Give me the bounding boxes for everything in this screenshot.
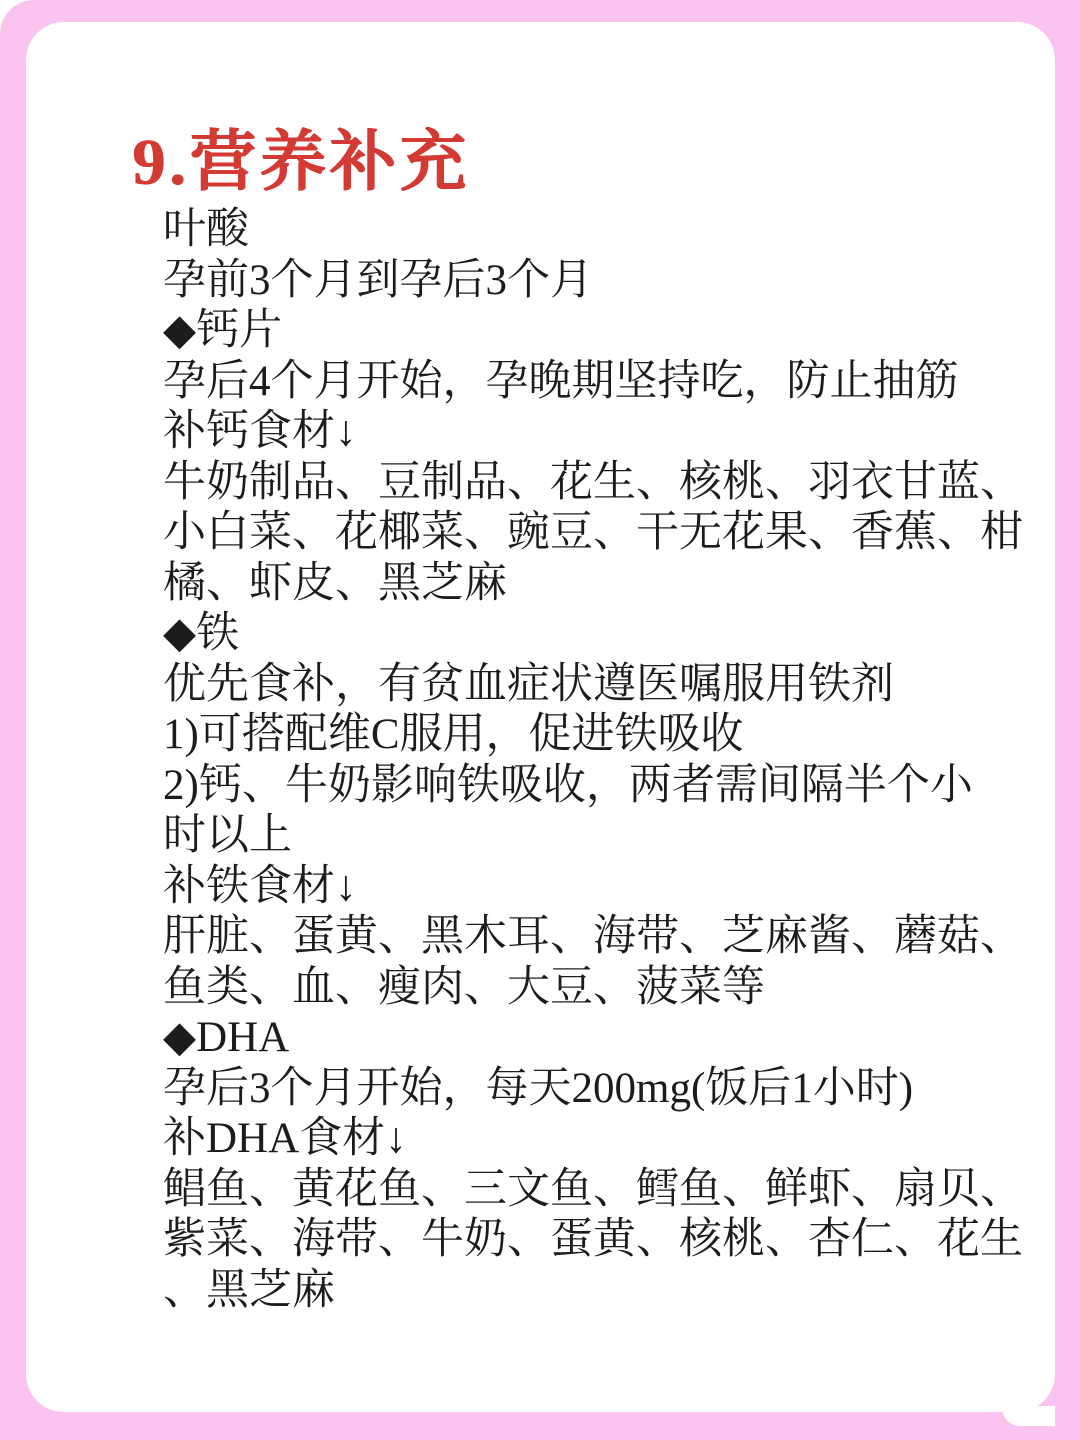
card-bottom-notch [1002, 1406, 1055, 1426]
text-line: 肝脏、蛋黄、黑木耳、海带、芝麻酱、蘑菇、 [163, 912, 1043, 963]
text-line: 时以上 [163, 811, 1043, 862]
text-line-bullet: ◆DHA [163, 1013, 1043, 1064]
text-line: 2)钙、牛奶影响铁吸收，两者需间隔半个小 [163, 761, 1043, 812]
text-line-bullet: ◆钙片 [163, 306, 1043, 357]
text-line-arrow: 补铁食材↓ [163, 862, 1043, 913]
text-line: 孕前3个月到孕后3个月 [163, 256, 1043, 307]
text-line: 优先食补，有贫血症状遵医嘱服用铁剂 [163, 660, 1043, 711]
text-line: 、黑芝麻 [163, 1266, 1043, 1317]
page: 9.营养补充 叶酸 孕前3个月到孕后3个月 ◆钙片 孕后4个月开始，孕晚期坚持吃… [0, 0, 1080, 1440]
text-line: 鱼类、血、瘦肉、大豆、菠菜等 [163, 963, 1043, 1014]
text-line: 孕后4个月开始，孕晚期坚持吃，防止抽筋 [163, 357, 1043, 408]
page-title: 9.营养补充 [132, 108, 470, 203]
text-line: 孕后3个月开始，每天200mg(饭后1小时) [163, 1064, 1043, 1115]
text-line: 1)可搭配维C服用，促进铁吸收 [163, 710, 1043, 761]
text-line: 小白菜、花椰菜、豌豆、干无花果、香蕉、柑 [163, 508, 1043, 559]
text-line: 橘、虾皮、黑芝麻 [163, 559, 1043, 610]
text-line: 鲳鱼、黄花鱼、三文鱼、鳕鱼、鲜虾、扇贝、 [163, 1165, 1043, 1216]
text-line-arrow: 补钙食材↓ [163, 407, 1043, 458]
text-line: 牛奶制品、豆制品、花生、核桃、羽衣甘蓝、 [163, 458, 1043, 509]
text-line-bullet: ◆铁 [163, 609, 1043, 660]
text-line: 叶酸 [163, 205, 1043, 256]
body-text: 叶酸 孕前3个月到孕后3个月 ◆钙片 孕后4个月开始，孕晚期坚持吃，防止抽筋 补… [163, 205, 1043, 1316]
text-line: 紫菜、海带、牛奶、蛋黄、核桃、杏仁、花生 [163, 1215, 1043, 1266]
text-line-arrow: 补DHA食材↓ [163, 1114, 1043, 1165]
